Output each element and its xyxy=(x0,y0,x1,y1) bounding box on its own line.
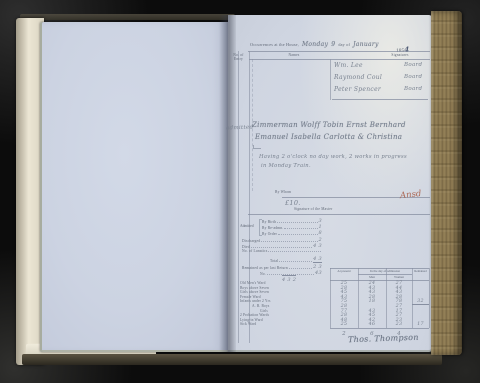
wards-table: At present In the day of admission Men W… xyxy=(238,268,430,332)
wards-bottom-rule xyxy=(330,328,429,329)
entry-bracket-mark xyxy=(253,145,261,149)
officer-name: Raymond Coul xyxy=(334,74,382,81)
subheader-rule xyxy=(249,59,430,60)
ward-row: Sick Ward 25462317 xyxy=(238,322,430,327)
officers-box-divider xyxy=(330,59,331,100)
form-content: Occurrences at the House, Monday 9 day o… xyxy=(228,15,432,352)
admitted-group-label: Admitted xyxy=(240,224,259,228)
officer-name: Wm. Lee xyxy=(334,62,363,69)
by-whom-label: By Whom xyxy=(275,190,291,194)
entry-note-line-1: Having 2 o'clock no day work, 2 works in… xyxy=(259,154,407,160)
officer-role: Board xyxy=(404,62,422,68)
handwritten-day: Monday xyxy=(302,41,328,48)
officer-name: Peter Spencer xyxy=(334,86,381,93)
day-of-label: day of xyxy=(338,42,350,47)
wards-header-men: Men xyxy=(358,275,386,279)
margin-column-header: No. of Entry xyxy=(228,53,249,61)
wards-header-women: Women xyxy=(386,275,412,279)
names-column-header: Names xyxy=(262,53,326,57)
book-cover-top-edge xyxy=(20,14,235,20)
admissions-row: By Order8 xyxy=(262,230,322,236)
wards-header-present: At present xyxy=(330,270,358,274)
form-title: Occurrences at the House, xyxy=(250,42,299,47)
clerk-signature: Thos. Thompson xyxy=(348,333,419,344)
officer-role: Board xyxy=(404,74,422,80)
header-rule xyxy=(248,51,430,52)
officer-role: Board xyxy=(404,86,422,92)
wards-header-group: In the day of admission xyxy=(358,269,412,273)
form-header: Occurrences at the House, Monday 9 day o… xyxy=(250,41,400,48)
officers-underline xyxy=(332,99,428,100)
fore-edge-texture xyxy=(431,11,462,355)
wards-header-remained: Remained xyxy=(412,270,429,274)
amount-handwritten: £10. xyxy=(285,199,301,207)
handwritten-day-number: 9 xyxy=(331,41,335,48)
entry-line-1: Zimmerman Wolff Tobin Ernst Bernhard xyxy=(252,121,406,129)
book-cover-bottom-edge xyxy=(22,354,442,365)
admissions-row: No. of Lunatics xyxy=(242,249,322,253)
entry-line-2: Emanuel Isabella Carlotta & Christina xyxy=(255,133,402,141)
red-ink-mark: Ansd xyxy=(400,189,422,201)
admissions-total-row: Total4 3 xyxy=(270,256,322,263)
photo-of-ledger: Occurrences at the House, Monday 9 day o… xyxy=(0,0,480,383)
master-signature-rule xyxy=(248,214,430,215)
left-blank-page xyxy=(40,22,228,352)
entry-note-line-2: in Monday Train. xyxy=(261,163,311,169)
entry-margin-word: admitted xyxy=(226,125,254,132)
master-signature-label: Signature of the Master xyxy=(294,207,332,211)
handwritten-month: January xyxy=(353,41,379,48)
signatures-column-header: Signatures xyxy=(372,53,428,57)
